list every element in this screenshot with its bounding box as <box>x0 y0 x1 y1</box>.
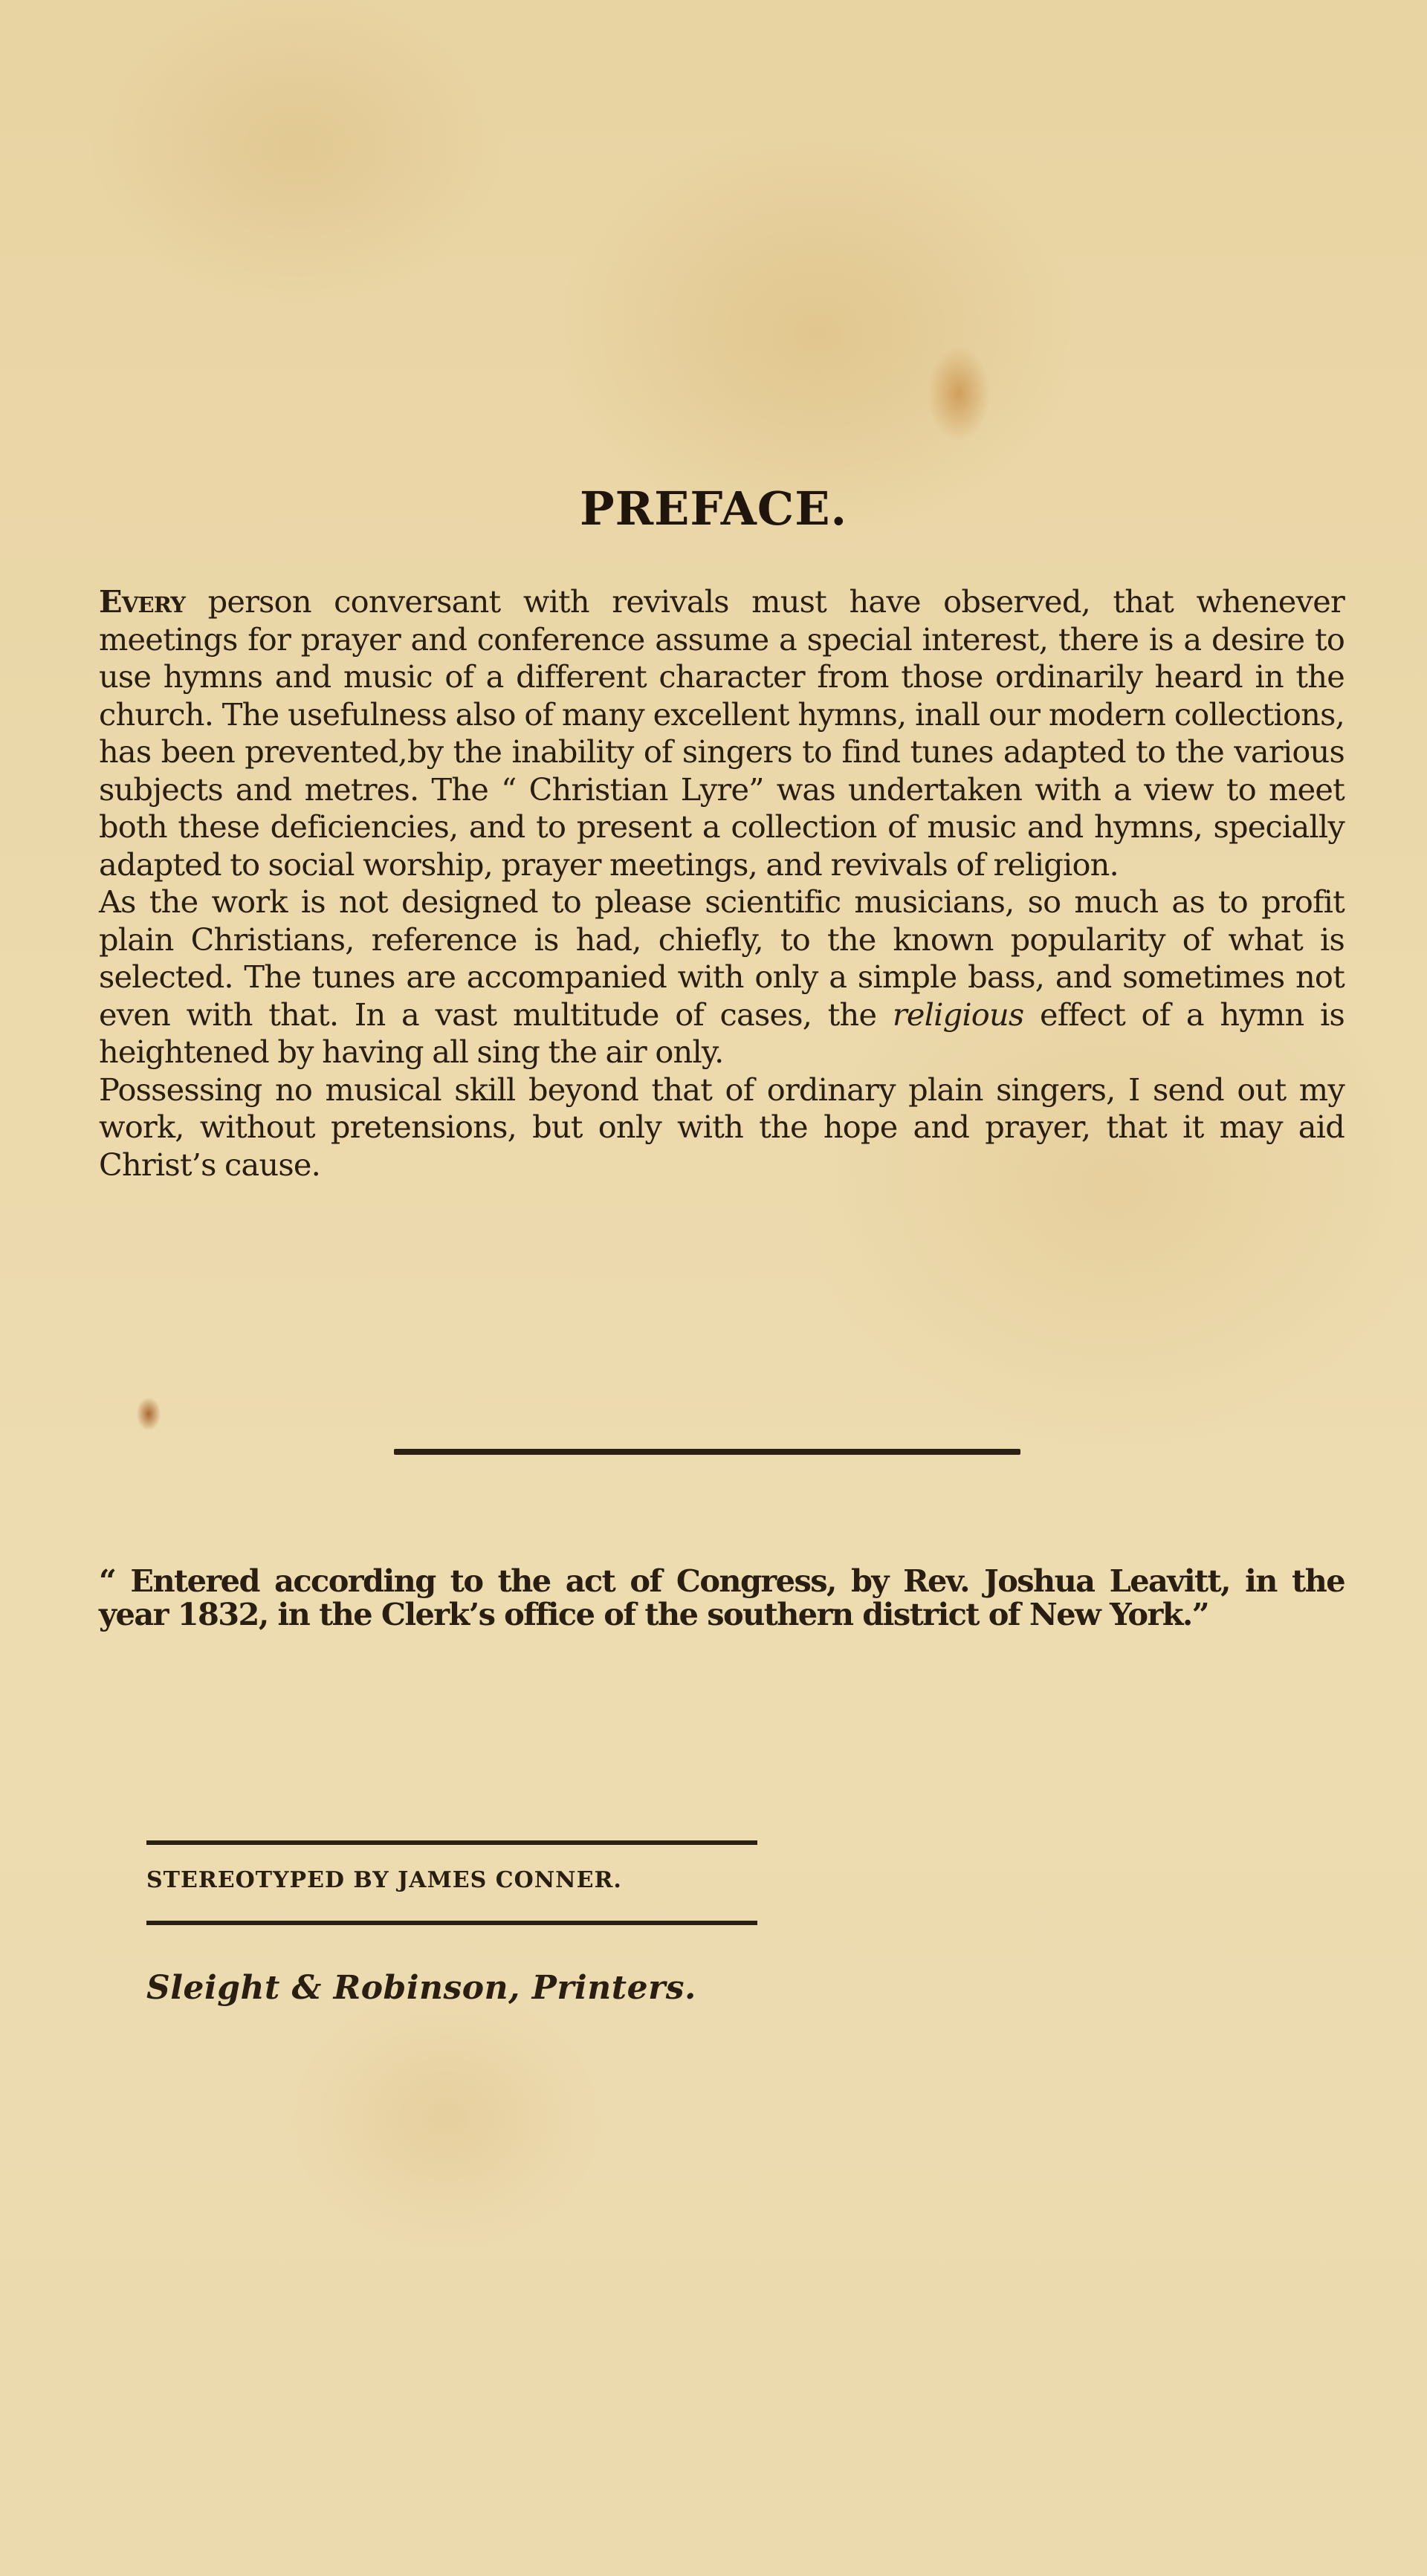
preface-paragraph-3: Possessing no musical skill beyond that … <box>99 1071 1345 1184</box>
copyright-notice: “ Entered according to the act of Congre… <box>99 1564 1345 1631</box>
section-divider-rule <box>394 1449 1020 1455</box>
page-title: PREFACE. <box>0 481 1427 536</box>
imprint-rule-top <box>146 1840 757 1845</box>
imprint-rule-bottom <box>146 1921 757 1925</box>
preface-body: Every person conversant with revivals mu… <box>99 583 1345 1184</box>
paragraph-text: Possessing no musical skill beyond that … <box>99 1071 1345 1183</box>
paragraph-text: person conversant with revivals must hav… <box>99 583 1345 883</box>
italic-emphasis: religious <box>893 996 1024 1033</box>
copyright-text: “ Entered according to the act of Congre… <box>99 1564 1345 1631</box>
printers-credit: Sleight & Robinson, Printers. <box>146 1969 696 2007</box>
preface-paragraph-1: Every person conversant with revivals mu… <box>99 583 1345 883</box>
lead-word: Every <box>99 583 185 620</box>
preface-paragraph-2: As the work is not designed to please sc… <box>99 883 1345 1071</box>
stereotyper-credit: STEREOTYPED BY JAMES CONNER. <box>146 1867 622 1893</box>
